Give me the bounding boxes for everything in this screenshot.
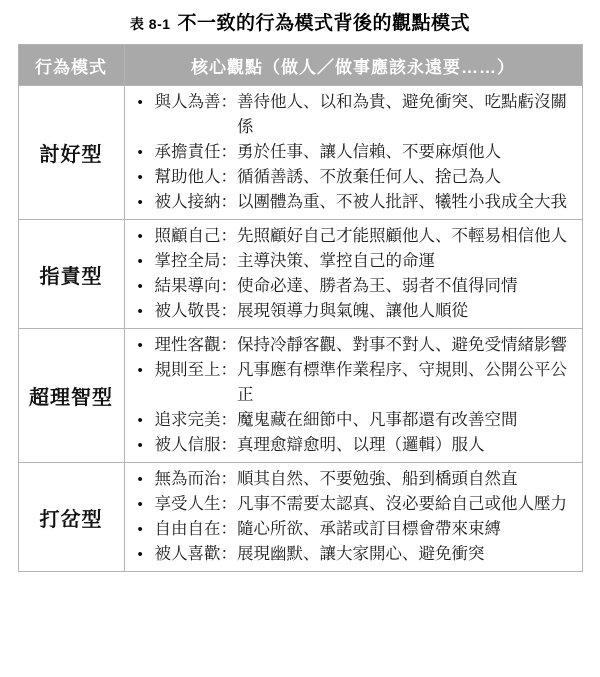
bullet-icon: •: [138, 517, 155, 542]
point-label: 規則至上：: [155, 358, 238, 383]
point-text: 善待他人、以和為貴、避免衝突、吃點虧沒關係: [237, 90, 573, 140]
list-item: • 被人接納： 以團體為重、不被人批評、犧牲小我成全大我: [138, 190, 573, 215]
point-text: 以團體為重、不被人批評、犧牲小我成全大我: [237, 190, 573, 215]
bullet-icon: •: [138, 467, 155, 492]
viewpoints-cell: • 理性客觀： 保持冷靜客觀、對事不對人、避免受情緒影響 • 規則至上： 凡事應…: [124, 329, 582, 463]
viewpoints-list: • 照顧自己： 先照顧好自己才能照顧他人、不輕易相信他人 • 掌控全局： 主導決…: [138, 224, 573, 324]
table-row: 打岔型 • 無為而治： 順其自然、不要勉強、船到橋頭自然直 • 享受人生： 凡事…: [18, 463, 582, 572]
page-title: 表 8-1不一致的行為模式背後的觀點模式: [0, 6, 600, 36]
table-title-text: 不一致的行為模式背後的觀點模式: [178, 13, 471, 34]
point-text: 保持冷靜客觀、對事不對人、避免受情緒影響: [237, 333, 573, 358]
point-label: 自由自在：: [155, 517, 238, 542]
point-text: 勇於任事、讓人信賴、不要麻煩他人: [237, 140, 573, 165]
bullet-icon: •: [138, 140, 155, 165]
point-text: 使命必達、勝者為王、弱者不值得同情: [237, 274, 573, 299]
table-row: 討好型 • 與人為善： 善待他人、以和為貴、避免衝突、吃點虧沒關係 • 承擔責任…: [18, 86, 582, 220]
viewpoints-list: • 與人為善： 善待他人、以和為貴、避免衝突、吃點虧沒關係 • 承擔責任： 勇於…: [138, 90, 573, 215]
list-item: • 被人信服： 真理愈辯愈明、以理（邏輯）服人: [138, 433, 573, 458]
bullet-icon: •: [138, 408, 155, 433]
bullet-icon: •: [138, 90, 155, 115]
viewpoints-cell: • 與人為善： 善待他人、以和為貴、避免衝突、吃點虧沒關係 • 承擔責任： 勇於…: [124, 86, 582, 220]
point-text: 主導決策、掌控自己的命運: [237, 249, 573, 274]
point-text: 循循善誘、不放棄任何人、捨己為人: [237, 165, 573, 190]
point-label: 理性客觀：: [155, 333, 238, 358]
column-header-behavior-pattern: 行為模式: [18, 45, 124, 86]
bullet-icon: •: [138, 433, 155, 458]
bullet-icon: •: [138, 333, 155, 358]
point-text: 凡事不需要太認真、沒必要給自己或他人壓力: [237, 492, 573, 517]
list-item: • 照顧自己： 先照顧好自己才能照顧他人、不輕易相信他人: [138, 224, 573, 249]
list-item: • 掌控全局： 主導決策、掌控自己的命運: [138, 249, 573, 274]
list-item: • 被人喜歡： 展現幽默、讓大家開心、避免衝突: [138, 542, 573, 567]
table-body: 討好型 • 與人為善： 善待他人、以和為貴、避免衝突、吃點虧沒關係 • 承擔責任…: [18, 86, 582, 572]
point-label: 結果導向：: [155, 274, 238, 299]
behavior-patterns-table: 行為模式 核心觀點（做人／做事應該永遠要……） 討好型 • 與人為善： 善待他人…: [18, 44, 583, 572]
bullet-icon: •: [138, 165, 155, 190]
point-label: 追求完美：: [155, 408, 238, 433]
behavior-type-cell: 指責型: [18, 220, 124, 329]
bullet-icon: •: [138, 190, 155, 215]
point-text: 順其自然、不要勉強、船到橋頭自然直: [237, 467, 573, 492]
point-label: 被人信服：: [155, 433, 238, 458]
table-number-label: 表 8-1: [130, 16, 171, 32]
bullet-icon: •: [138, 492, 155, 517]
list-item: • 承擔責任： 勇於任事、讓人信賴、不要麻煩他人: [138, 140, 573, 165]
header-row: 行為模式 核心觀點（做人／做事應該永遠要……）: [18, 45, 582, 86]
behavior-type-cell: 討好型: [18, 86, 124, 220]
point-label: 享受人生：: [155, 492, 238, 517]
point-label: 無為而治：: [155, 467, 238, 492]
table-row: 超理智型 • 理性客觀： 保持冷靜客觀、對事不對人、避免受情緒影響 • 規則至上…: [18, 329, 582, 463]
bullet-icon: •: [138, 358, 155, 383]
point-label: 被人敬畏：: [155, 299, 238, 324]
point-label: 幫助他人：: [155, 165, 238, 190]
viewpoints-list: • 理性客觀： 保持冷靜客觀、對事不對人、避免受情緒影響 • 規則至上： 凡事應…: [138, 333, 573, 458]
list-item: • 結果導向： 使命必達、勝者為王、弱者不值得同情: [138, 274, 573, 299]
point-text: 魔鬼藏在細節中、凡事都還有改善空間: [237, 408, 573, 433]
point-text: 凡事應有標準作業程序、守規則、公開公平公正: [237, 358, 573, 408]
table-header: 行為模式 核心觀點（做人／做事應該永遠要……）: [18, 45, 582, 86]
point-text: 展現領導力與氣魄、讓他人順從: [237, 299, 573, 324]
point-label: 掌控全局：: [155, 249, 238, 274]
behavior-type-cell: 打岔型: [18, 463, 124, 572]
viewpoints-cell: • 照顧自己： 先照顧好自己才能照顧他人、不輕易相信他人 • 掌控全局： 主導決…: [124, 220, 582, 329]
bullet-icon: •: [138, 542, 155, 567]
bullet-icon: •: [138, 249, 155, 274]
list-item: • 追求完美： 魔鬼藏在細節中、凡事都還有改善空間: [138, 408, 573, 433]
list-item: • 理性客觀： 保持冷靜客觀、對事不對人、避免受情緒影響: [138, 333, 573, 358]
list-item: • 規則至上： 凡事應有標準作業程序、守規則、公開公平公正: [138, 358, 573, 408]
point-label: 承擔責任：: [155, 140, 238, 165]
list-item: • 幫助他人： 循循善誘、不放棄任何人、捨己為人: [138, 165, 573, 190]
page: 表 8-1不一致的行為模式背後的觀點模式 行為模式 核心觀點（做人／做事應該永遠…: [0, 0, 600, 677]
point-label: 照顧自己：: [155, 224, 238, 249]
point-text: 隨心所欲、承諾或訂目標會帶來束縛: [237, 517, 573, 542]
point-text: 真理愈辯愈明、以理（邏輯）服人: [237, 433, 573, 458]
bullet-icon: •: [138, 224, 155, 249]
list-item: • 被人敬畏： 展現領導力與氣魄、讓他人順從: [138, 299, 573, 324]
point-label: 被人接納：: [155, 190, 238, 215]
viewpoints-cell: • 無為而治： 順其自然、不要勉強、船到橋頭自然直 • 享受人生： 凡事不需要太…: [124, 463, 582, 572]
column-header-core-viewpoint: 核心觀點（做人／做事應該永遠要……）: [124, 45, 582, 86]
point-text: 展現幽默、讓大家開心、避免衝突: [237, 542, 573, 567]
list-item: • 無為而治： 順其自然、不要勉強、船到橋頭自然直: [138, 467, 573, 492]
table-row: 指責型 • 照顧自己： 先照顧好自己才能照顧他人、不輕易相信他人 • 掌控全局：…: [18, 220, 582, 329]
point-text: 先照顧好自己才能照顧他人、不輕易相信他人: [237, 224, 573, 249]
viewpoints-list: • 無為而治： 順其自然、不要勉強、船到橋頭自然直 • 享受人生： 凡事不需要太…: [138, 467, 573, 567]
list-item: • 享受人生： 凡事不需要太認真、沒必要給自己或他人壓力: [138, 492, 573, 517]
point-label: 與人為善：: [155, 90, 238, 115]
list-item: • 與人為善： 善待他人、以和為貴、避免衝突、吃點虧沒關係: [138, 90, 573, 140]
behavior-type-cell: 超理智型: [18, 329, 124, 463]
list-item: • 自由自在： 隨心所欲、承諾或訂目標會帶來束縛: [138, 517, 573, 542]
bullet-icon: •: [138, 299, 155, 324]
point-label: 被人喜歡：: [155, 542, 238, 567]
bullet-icon: •: [138, 274, 155, 299]
